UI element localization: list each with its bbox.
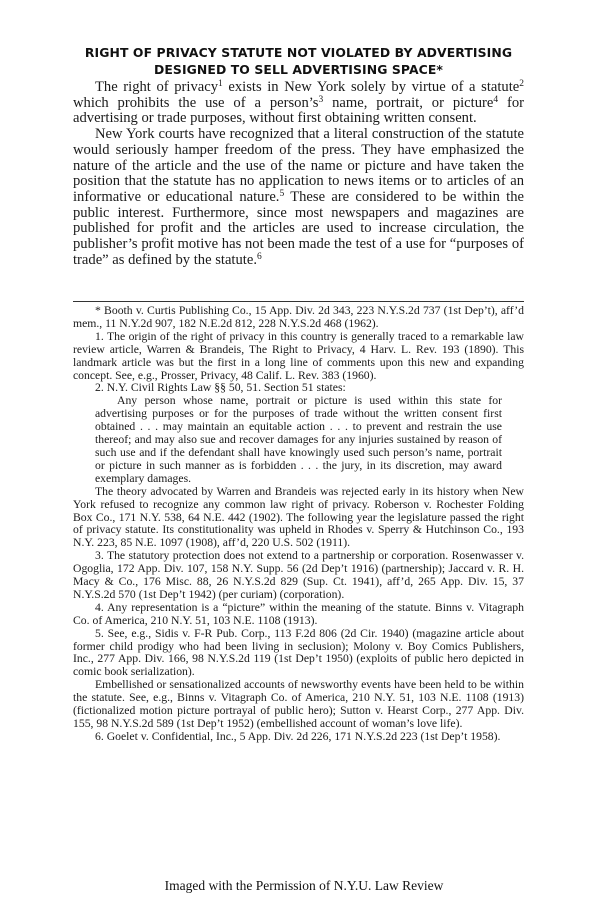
footnote: 3. The statutory protection does not ext… <box>73 550 524 602</box>
article-body: The right of privacy1 exists in New York… <box>73 80 524 268</box>
footnote: 4. Any representation is a “picture” wit… <box>73 602 524 628</box>
title-line-2: DESIGNED TO SELL ADVERTISING SPACE* <box>73 61 524 78</box>
footnote: 5. See, e.g., Sidis v. F-R Pub. Corp., 1… <box>73 628 524 680</box>
permission-footer: Imaged with the Permission of N.Y.U. Law… <box>0 878 608 894</box>
footnote-marker: 3 <box>318 94 323 104</box>
footnote: * Booth v. Curtis Publishing Co., 15 App… <box>73 305 524 331</box>
title-line-1: RIGHT OF PRIVACY STATUTE NOT VIOLATED BY… <box>73 44 524 61</box>
footnote-marker: 1 <box>218 79 223 89</box>
body-paragraph: New York courts have recognized that a l… <box>73 127 524 268</box>
body-paragraph: The right of privacy1 exists in New York… <box>73 80 524 127</box>
footnote: 1. The origin of the right of privacy in… <box>73 331 524 383</box>
footnote-divider <box>73 301 524 302</box>
footnotes: * Booth v. Curtis Publishing Co., 15 App… <box>73 305 524 744</box>
footnote-marker: 4 <box>493 94 498 104</box>
footnote-block-quote: Any person whose name, portrait or pictu… <box>95 395 502 485</box>
footnote: The theory advocated by Warren and Brand… <box>73 486 524 551</box>
footnote: 6. Goelet v. Confidential, Inc., 5 App. … <box>73 731 524 744</box>
footnote-marker: 5 <box>279 189 284 199</box>
footnote-marker: 2 <box>519 79 524 89</box>
footnote-marker: 6 <box>257 252 262 262</box>
footnote: Embellished or sensationalized accounts … <box>73 679 524 731</box>
article-title: RIGHT OF PRIVACY STATUTE NOT VIOLATED BY… <box>73 44 524 78</box>
